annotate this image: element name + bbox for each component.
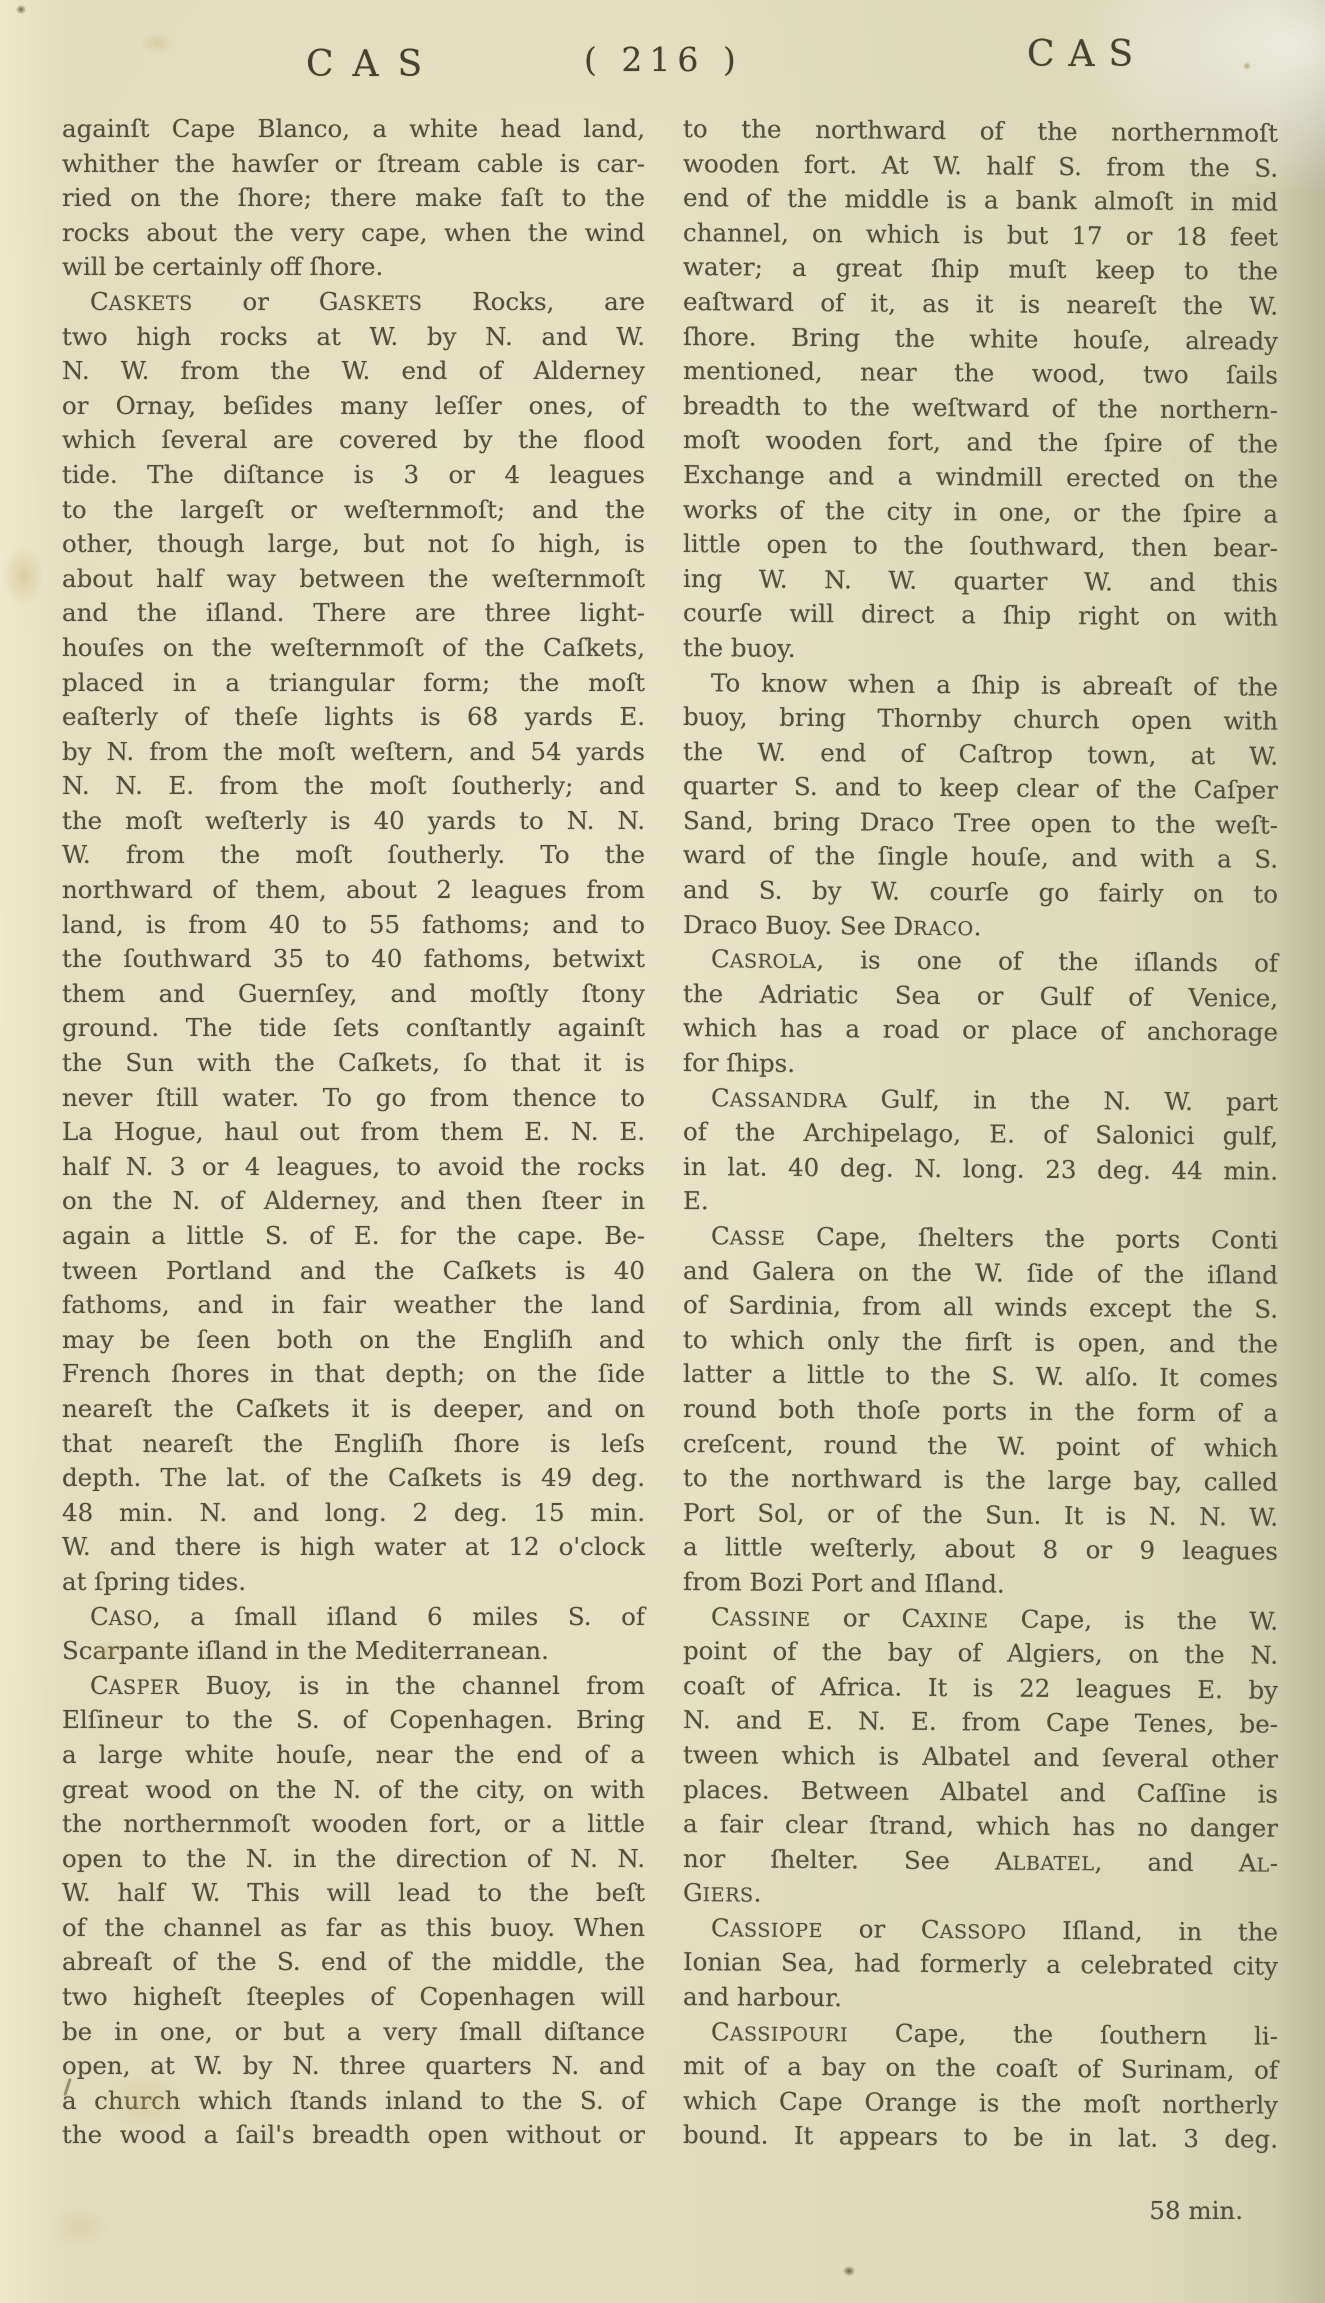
text-line: mentioned, near the wood, two ſails (683, 354, 1278, 393)
text-line: creſcent, round the W. point of which (683, 1427, 1278, 1466)
text-line: houſes on the weſternmoſt of the Caſkets… (62, 631, 645, 666)
text-line: againſt Cape Blanco, a white head land, (62, 112, 645, 147)
text-line: in lat. 40 deg. N. long. 23 deg. 44 min. (683, 1150, 1278, 1189)
column-right: to the northward of the northernmoſtwood… (683, 112, 1278, 2158)
text-line: them and Guernſey, and moſtly ſtony (62, 977, 645, 1012)
text-line: little open to the ſouthward, then bear- (683, 527, 1278, 566)
text-line: Scarpante iſland in the Mediterranean. (62, 1634, 645, 1669)
text-line: To know when a ſhip is abreaſt of the (683, 666, 1278, 705)
text-line: fathoms, and in fair weather the land (62, 1288, 645, 1323)
text-line: CASSIPOURI Cape, the ſouthern li- (683, 2015, 1278, 2054)
text-line: great wood on the N. of the city, on wit… (62, 1773, 645, 1808)
text-line: 48 min. N. and long. 2 deg. 15 min. (62, 1496, 645, 1531)
text-line: Sand, bring Draco Tree open to the weſt- (683, 804, 1278, 843)
text-line: mit of a bay on the coaſt of Surinam, of (683, 2049, 1278, 2088)
text-line: water; a great ſhip muſt keep to the (683, 250, 1278, 289)
text-line: coaſt of Africa. It is 22 leagues E. by (683, 1669, 1278, 1708)
text-line: CASSIOPE or CASSOPO Iſland, in the (683, 1911, 1278, 1950)
text-line: buoy, bring Thornby church open with (683, 700, 1278, 739)
text-line: never ſtill water. To go from thence to (62, 1081, 645, 1116)
text-line: or Ornay, beſides many leſſer ones, of (62, 389, 645, 424)
text-line: works of the city in one, or the ſpire a (683, 493, 1278, 532)
text-line: places. Between Albatel and Caſſine is (683, 1773, 1278, 1812)
text-line: will be certainly off ſhore. (62, 250, 645, 285)
text-line: ing W. N. W. quarter W. and this (683, 562, 1278, 601)
text-line: the Adriatic Sea or Gulf of Venice, (683, 977, 1278, 1016)
book-page: CAS ( 216 ) CAS againſt Cape Blanco, a w… (0, 0, 1325, 2303)
text-line: and harbour. (683, 1980, 1278, 2019)
text-line: La Hogue, haul out from them E. N. E. (62, 1115, 645, 1150)
text-line: of Sardinia, from all winds except the S… (683, 1288, 1278, 1327)
text-line: ried on the ſhore; there make faſt to th… (62, 181, 645, 216)
text-line: the buoy. (683, 631, 1278, 670)
text-line: Draco Buoy. See DRACO. (683, 908, 1278, 947)
text-line: tween Portland and the Caſkets is 40 (62, 1254, 645, 1289)
text-line: whither the hawſer or ſtream cable is ca… (62, 147, 645, 182)
text-line: of the Archipelago, E. of Salonici gulf, (683, 1115, 1278, 1154)
text-line: tide. The diſtance is 3 or 4 leagues (62, 458, 645, 493)
text-line: to the northward is the large bay, calle… (683, 1461, 1278, 1500)
text-line: about half way between the weſternmoſt (62, 562, 645, 597)
ink-speck (843, 2266, 855, 2276)
text-line: may be ſeen both on the Engliſh and (62, 1323, 645, 1358)
text-line: the W. end of Caſtrop town, at W. (683, 735, 1278, 774)
text-line: courſe will direct a ſhip right on with (683, 596, 1278, 635)
text-line: at ſpring tides. (62, 1565, 645, 1600)
catchword: 58 min. (683, 2196, 1243, 2225)
column-left: againſt Cape Blanco, a white head land,w… (62, 112, 645, 2153)
text-line: placed in a triangular form; the moſt (62, 666, 645, 701)
text-line: French ſhores in that depth; on the ſide (62, 1357, 645, 1392)
text-line: Ionian Sea, had formerly a celebrated ci… (683, 1945, 1278, 1984)
text-line: depth. The lat. of the Caſkets is 49 deg… (62, 1461, 645, 1496)
text-line: GIERS. (683, 1876, 1278, 1915)
ink-speck (1243, 62, 1251, 70)
text-line: from Bozi Port and Iſland. (683, 1565, 1278, 1604)
text-line: land, is from 40 to 55 fathoms; and to (62, 908, 645, 943)
text-line: eaſtward of it, as it is neareſt the W. (683, 285, 1278, 324)
text-line: eaſterly of theſe lights is 68 yards E. (62, 700, 645, 735)
text-line: be in one, or but a very ſmall diſtance (62, 2015, 645, 2050)
text-line: a fair clear ſtrand, which has no danger (683, 1807, 1278, 1846)
text-line: for ſhips. (683, 1046, 1278, 1085)
text-line: neareſt the Caſkets it is deeper, and on (62, 1392, 645, 1427)
running-head-left: CAS (306, 44, 441, 85)
text-line: ſhore. Bring the white houſe, already (683, 320, 1278, 359)
text-line: which ſeveral are covered by the flood (62, 423, 645, 458)
text-line: of the channel as far as this buoy. When (62, 1911, 645, 1946)
text-line: the Sun with the Caſkets, ſo that it is (62, 1046, 645, 1081)
text-line: CASSE Cape, ſhelters the ports Conti (683, 1219, 1278, 1258)
text-line: northward of them, about 2 leagues from (62, 873, 645, 908)
text-line: the moſt weſterly is 40 yards to N. N. (62, 804, 645, 839)
text-line: two high rocks at W. by N. and W. (62, 320, 645, 355)
text-line: CASSANDRA Gulf, in the N. W. part (683, 1081, 1278, 1120)
text-line: half N. 3 or 4 leagues, to avoid the roc… (62, 1150, 645, 1185)
text-line: abreaſt of the S. end of the middle, the (62, 1945, 645, 1980)
text-line: CASPER Buoy, is in the channel from (62, 1669, 645, 1704)
text-line: a large white houſe, near the end of a (62, 1738, 645, 1773)
text-line: end of the middle is a bank almoſt in mi… (683, 181, 1278, 220)
text-line: point of the bay of Algiers, on the N. (683, 1634, 1278, 1673)
text-line: CASSINE or CAXINE Cape, is the W. (683, 1600, 1278, 1639)
text-line: to the northward of the northernmoſt (683, 112, 1278, 151)
text-line: CASROLA, is one of the iſlands of (683, 942, 1278, 981)
text-line: that neareſt the Engliſh ſhore is leſs (62, 1427, 645, 1462)
text-line: CASO, a ſmall iſland 6 miles S. of (62, 1600, 645, 1635)
text-line: channel, on which is but 17 or 18 feet (683, 216, 1278, 255)
text-line: CASKETS or GASKETS Rocks, are (62, 285, 645, 320)
text-line: breadth to the weſtward of the northern- (683, 389, 1278, 428)
text-line: open, at W. by N. three quarters N. and (62, 2049, 645, 2084)
text-line: round both thoſe ports in the form of a (683, 1392, 1278, 1431)
paper-stain (2, 545, 44, 607)
text-line: N. W. from the W. end of Alderney (62, 354, 645, 389)
paper-stain (140, 32, 174, 54)
text-line: ward of the ſingle houſe, and with a S. (683, 838, 1278, 877)
text-line: on the N. of Alderney, and then ſteer in (62, 1184, 645, 1219)
paper-stain (48, 2205, 112, 2249)
text-line: other, though large, but not ſo high, is (62, 527, 645, 562)
text-line: nor ſhelter. See ALBATEL, and AL- (683, 1842, 1278, 1881)
text-line: Elſineur to the S. of Copenhagen. Bring (62, 1703, 645, 1738)
running-head-right: CAS (1027, 34, 1147, 75)
text-line: the wood a ſail's breadth open without o… (62, 2118, 645, 2153)
text-line: Exchange and a windmill erected on the (683, 458, 1278, 497)
text-line: tween which is Albatel and ſeveral other (683, 1738, 1278, 1777)
text-line: a church which ſtands inland to the S. o… (62, 2084, 645, 2119)
text-line: the northernmoſt wooden fort, or a littl… (62, 1807, 645, 1842)
text-line: which Cape Orange is the moſt northerly (683, 2084, 1278, 2123)
text-line: bound. It appears to be in lat. 3 deg. (683, 2118, 1278, 2157)
text-line: a little weſterly, about 8 or 9 leagues (683, 1530, 1278, 1569)
text-line: by N. from the moſt weſtern, and 54 yard… (62, 735, 645, 770)
text-line: moſt wooden fort, and the ſpire of the (683, 423, 1278, 462)
text-line: E. (683, 1184, 1278, 1223)
ink-speck (16, 5, 26, 14)
text-line: and the iſland. There are three light- (62, 596, 645, 631)
page-number: ( 216 ) (584, 40, 743, 79)
text-line: N. and E. N. E. from Cape Tenes, be- (683, 1703, 1278, 1742)
text-line: latter a little to the S. W. alſo. It co… (683, 1357, 1278, 1396)
text-line: and Galera on the W. ſide of the iſland (683, 1254, 1278, 1293)
text-line: the ſouthward 35 to 40 fathoms, betwixt (62, 942, 645, 977)
text-line: and S. by W. courſe go fairly on to (683, 873, 1278, 912)
text-line: again a little S. of E. for the cape. Be… (62, 1219, 645, 1254)
text-line: rocks about the very cape, when the wind (62, 216, 645, 251)
text-line: open to the N. in the direction of N. N. (62, 1842, 645, 1877)
text-line: W. and there is high water at 12 o'clock (62, 1530, 645, 1565)
text-line: which has a road or place of anchorage (683, 1011, 1278, 1050)
text-line: N. N. E. from the moſt ſoutherly; and (62, 769, 645, 804)
text-line: W. from the moſt ſoutherly. To the (62, 838, 645, 873)
text-line: to which only the firſt is open, and the (683, 1323, 1278, 1362)
text-line: to the largeſt or weſternmoſt; and the (62, 493, 645, 528)
text-line: wooden fort. At W. half S. from the S. (683, 147, 1278, 186)
text-line: quarter S. and to keep clear of the Caſp… (683, 769, 1278, 808)
text-line: W. half W. This will lead to the beſt (62, 1876, 645, 1911)
text-line: two higheſt ſteeples of Copenhagen will (62, 1980, 645, 2015)
text-line: Port Sol, or of the Sun. It is N. N. W. (683, 1496, 1278, 1535)
text-line: ground. The tide ſets conſtantly againſt (62, 1011, 645, 1046)
